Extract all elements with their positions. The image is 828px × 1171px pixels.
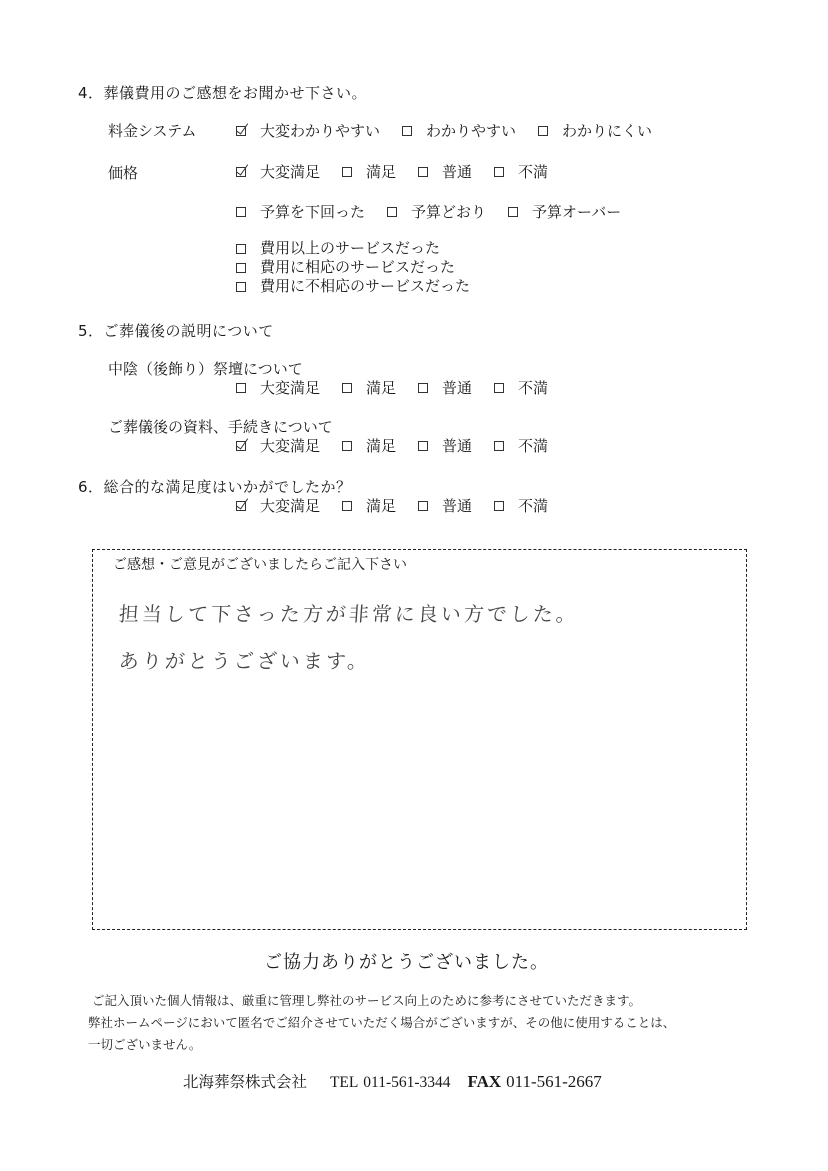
checkbox[interactable] — [236, 383, 246, 393]
question-5-title: 5．ご葬儀後の説明について — [78, 320, 274, 341]
option-not-worth-cost[interactable]: 費用に不相応のサービスだった — [236, 277, 470, 296]
comments-box[interactable]: ご感想・ご意見がございましたらご記入下さい 担当して下さった方が非常に良い方でし… — [92, 549, 747, 930]
option-under-budget[interactable]: 予算を下回った — [236, 201, 365, 222]
fax-label: FAX — [467, 1072, 501, 1091]
checkbox[interactable] — [236, 282, 246, 292]
option-on-budget[interactable]: 予算どおり — [387, 201, 486, 222]
checkbox[interactable] — [342, 501, 352, 511]
question-4-title: 4．葬儀費用のご感想をお聞かせ下さい。 — [78, 82, 367, 103]
budget-options: 予算を下回った 予算どおり 予算オーバー — [236, 201, 643, 222]
company-footer: 北海葬祭株式会社 TEL 011-561-3344 FAX 011-561-26… — [183, 1070, 602, 1092]
option-very-clear[interactable]: 大変わかりやすい — [236, 120, 380, 141]
privacy-notice-line-1: ご記入頂いた個人情報は、厳重に管理し弊社のサービス向上のために参考にさせていただ… — [92, 990, 641, 1012]
checkbox[interactable] — [494, 167, 504, 177]
option-dissatisfied[interactable]: 不満 — [494, 161, 548, 182]
checkbox[interactable] — [236, 263, 246, 273]
comments-label: ご感想・ご意見がございましたらご記入下さい — [113, 554, 407, 574]
option-satisfied[interactable]: 満足 — [342, 377, 396, 398]
tel-label: TEL — [330, 1074, 358, 1091]
option-dissatisfied[interactable]: 不満 — [494, 435, 548, 456]
option-satisfied[interactable]: 満足 — [342, 435, 396, 456]
handwritten-comment-line-1: 担当して下さった方が非常に良い方でした。 — [118, 598, 580, 627]
privacy-notice-line-2: 弊社ホームページにおいて匿名でご紹介させていただく場合がございますが、その他に使… — [88, 1012, 675, 1034]
checkbox[interactable] — [387, 207, 397, 217]
option-satisfied[interactable]: 満足 — [342, 495, 396, 516]
option-very-satisfied[interactable]: 大変満足 — [236, 161, 320, 182]
pricing-system-options: 大変わかりやすい わかりやすい わかりにくい — [236, 120, 674, 141]
option-very-satisfied[interactable]: 大変満足 — [236, 377, 320, 398]
documents-label: ご葬儀後の資料、手続きについて — [108, 416, 333, 437]
checkbox[interactable] — [494, 441, 504, 451]
checkbox[interactable] — [342, 167, 352, 177]
privacy-notice-line-3: 一切ございません。 — [88, 1034, 201, 1056]
thank-you-message: ご協力ありがとうございました。 — [264, 948, 549, 974]
checkbox[interactable] — [418, 441, 428, 451]
option-dissatisfied[interactable]: 不満 — [494, 495, 548, 516]
option-average[interactable]: 普通 — [418, 435, 472, 456]
checkbox[interactable] — [494, 383, 504, 393]
checkbox[interactable] — [402, 126, 412, 136]
checkbox-checked[interactable] — [236, 501, 246, 511]
service-value-options: 費用以上のサービスだった 費用に相応のサービスだった 費用に不相応のサービスだっ… — [236, 239, 470, 296]
overall-satisfaction-options: 大変満足 満足 普通 不満 — [236, 495, 570, 516]
company-name: 北海葬祭株式会社 — [183, 1073, 307, 1091]
checkbox[interactable] — [418, 167, 428, 177]
question-6-title: 6．総合的な満足度はいかがでしたか？ — [78, 476, 352, 497]
fax-number: 011-561-2667 — [506, 1072, 602, 1091]
option-above-cost[interactable]: 費用以上のサービスだった — [236, 239, 470, 258]
option-very-satisfied[interactable]: 大変満足 — [236, 435, 320, 456]
checkbox[interactable] — [236, 207, 246, 217]
documents-options: 大変満足 満足 普通 不満 — [236, 435, 570, 456]
option-worth-cost[interactable]: 費用に相応のサービスだった — [236, 258, 470, 277]
tel-number: 011-561-3344 — [363, 1074, 450, 1091]
option-average[interactable]: 普通 — [418, 161, 472, 182]
option-very-satisfied[interactable]: 大変満足 — [236, 495, 320, 516]
checkbox[interactable] — [236, 244, 246, 254]
checkbox[interactable] — [494, 501, 504, 511]
option-clear[interactable]: わかりやすい — [402, 120, 516, 141]
pricing-system-label: 料金システム — [108, 120, 197, 141]
checkbox-checked[interactable] — [236, 167, 246, 177]
option-satisfied[interactable]: 満足 — [342, 161, 396, 182]
checkbox[interactable] — [538, 126, 548, 136]
altar-options: 大変満足 満足 普通 不満 — [236, 377, 570, 398]
handwritten-comment-line-2: ありがとうございます。 — [118, 645, 371, 674]
checkbox-checked[interactable] — [236, 441, 246, 451]
option-average[interactable]: 普通 — [418, 495, 472, 516]
option-over-budget[interactable]: 予算オーバー — [508, 201, 621, 222]
checkbox[interactable] — [342, 383, 352, 393]
option-dissatisfied[interactable]: 不満 — [494, 377, 548, 398]
checkbox-checked[interactable] — [236, 126, 246, 136]
option-unclear[interactable]: わかりにくい — [538, 120, 652, 141]
checkbox[interactable] — [342, 441, 352, 451]
price-options: 大変満足 満足 普通 不満 — [236, 161, 570, 182]
altar-label: 中陰（後飾り）祭壇について — [108, 358, 303, 379]
price-label: 価格 — [108, 162, 138, 183]
checkbox[interactable] — [418, 501, 428, 511]
checkbox[interactable] — [418, 383, 428, 393]
option-average[interactable]: 普通 — [418, 377, 472, 398]
checkbox[interactable] — [508, 207, 518, 217]
